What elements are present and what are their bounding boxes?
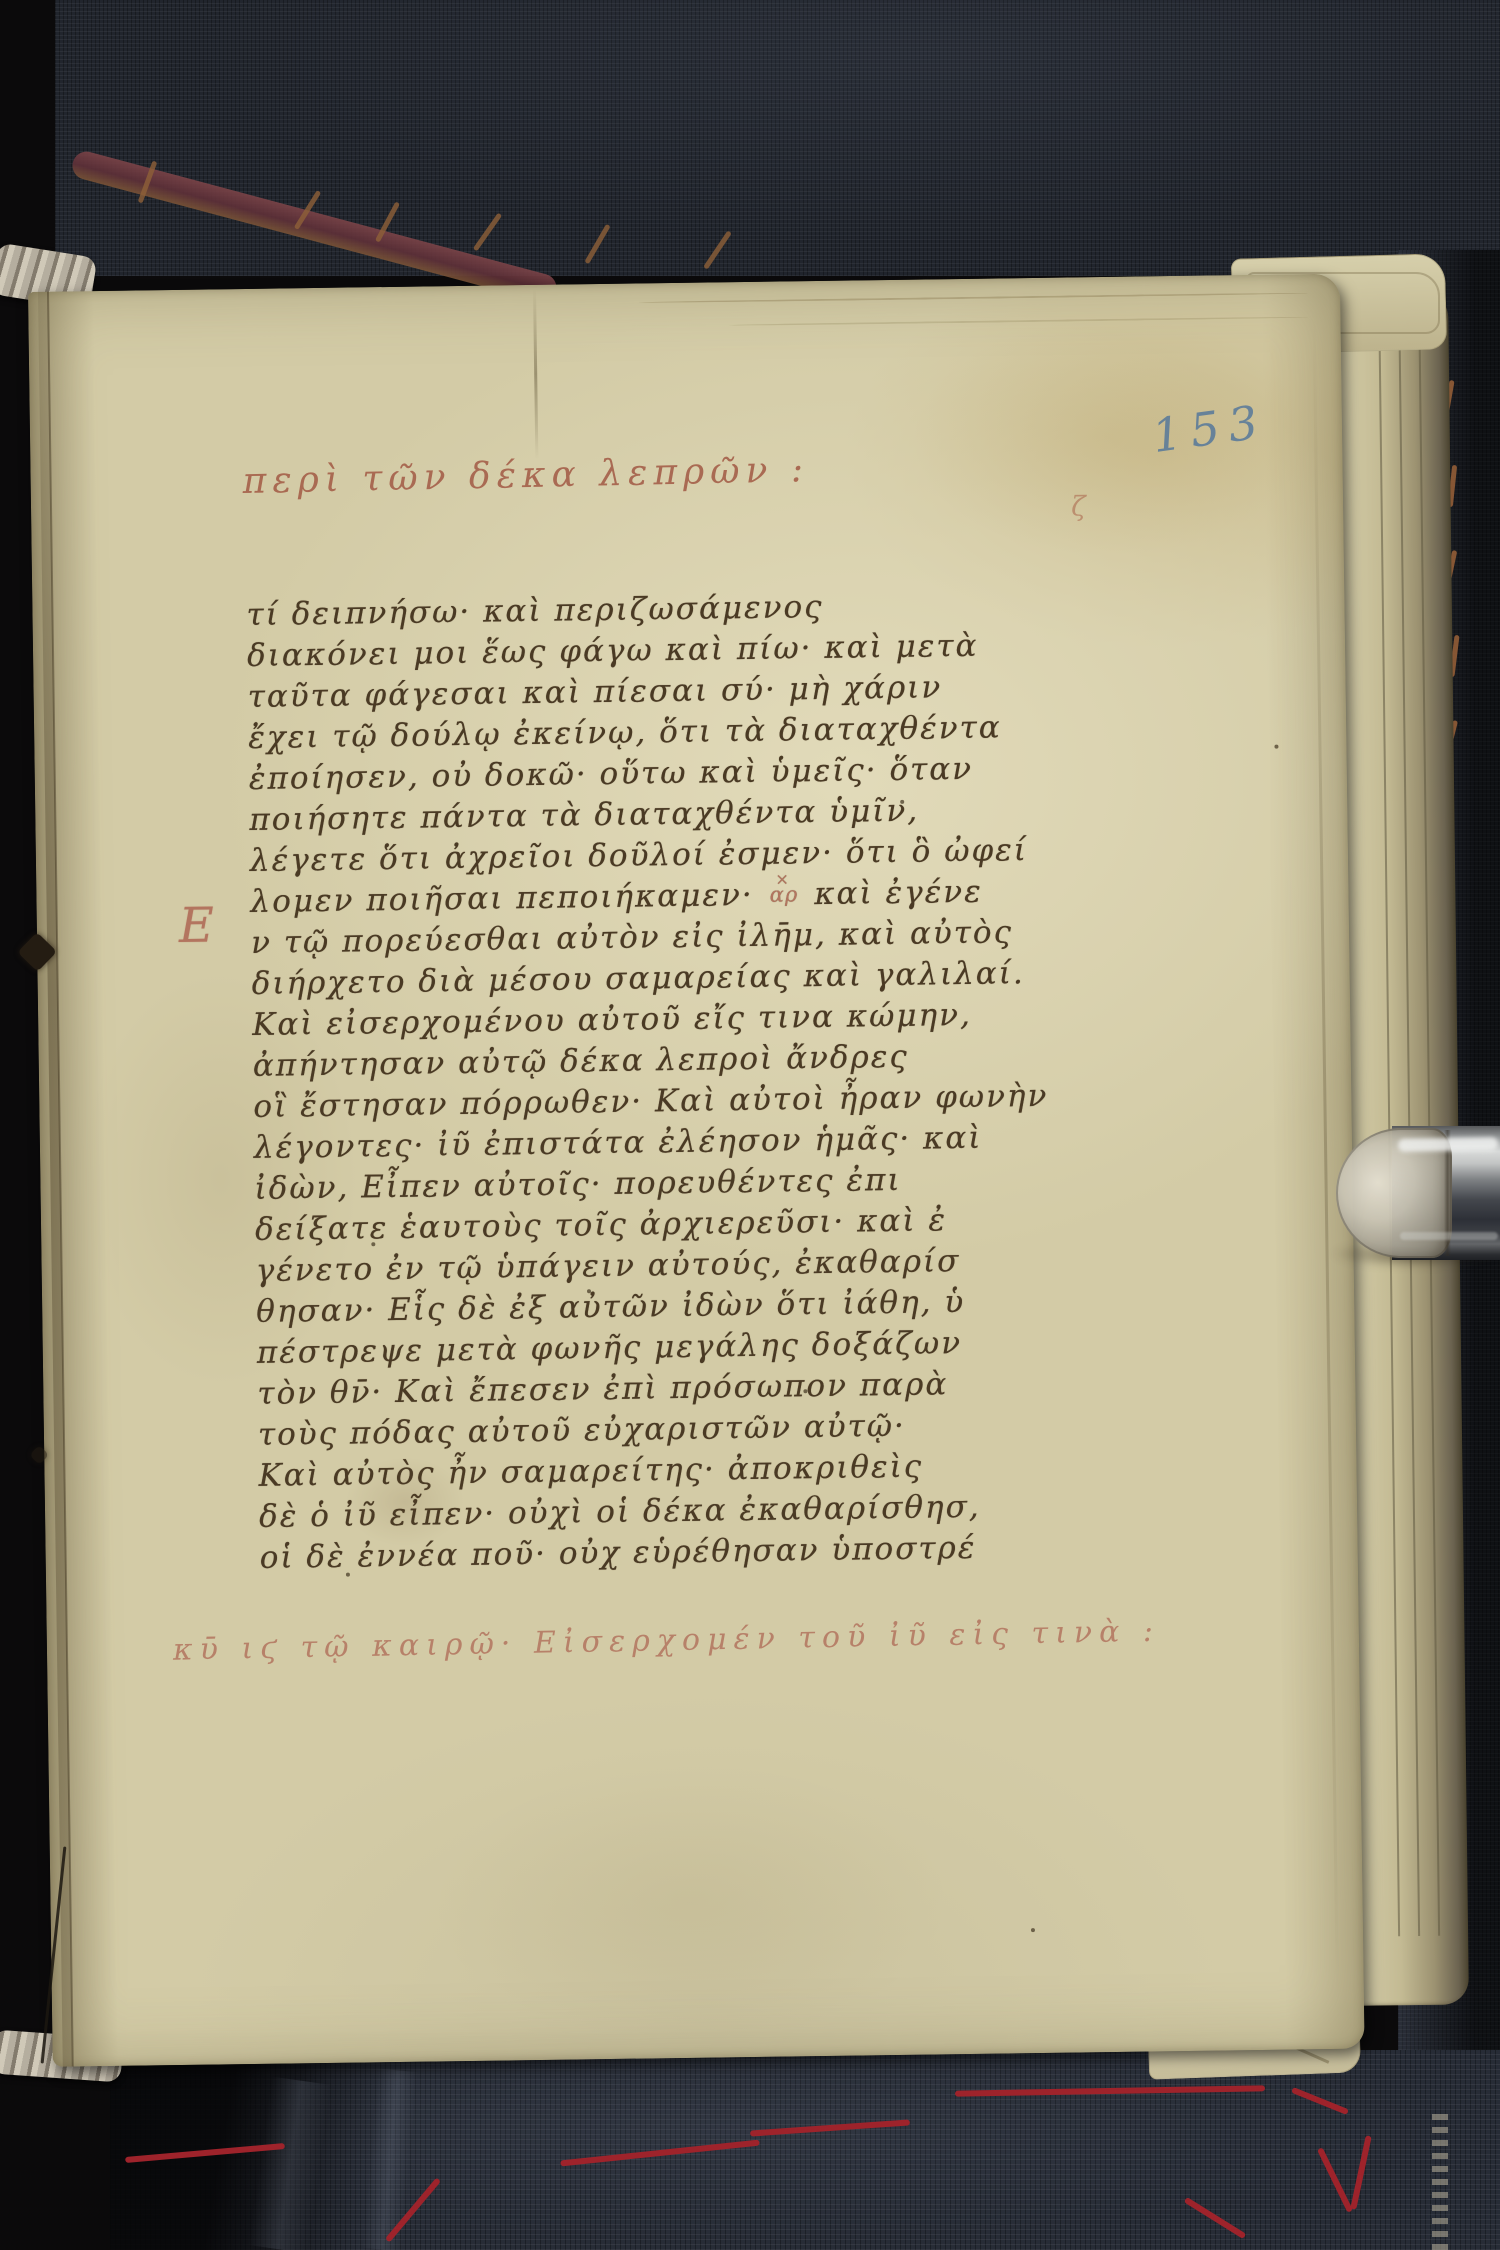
lection-note-rubric: κῡ ιϛ τῷ καιρῷ· Εἰσερχομέν τοῦ ἰῦ εἰς τι… [173,1614,1161,1668]
manuscript-photo: 153 ζ περὶ τῶν δέκα λεπρῶν : Ε τί δειπνή… [0,0,1500,2250]
red-stitch [1350,2135,1371,2210]
sewing-hole [29,1445,49,1465]
top-edge-line [729,316,1309,326]
cloth-fold [362,2069,418,2250]
red-stitch [1291,2087,1349,2115]
text-block: τί δειπνήσω· καὶ περιζωσάμενος διακόνει … [246,583,1090,1578]
chapter-rubric: περὶ τῶν δέκα λεπρῶν : [242,449,809,502]
braid-edging [69,148,559,304]
glass-weight-rod[interactable] [1336,1120,1500,1266]
text-segment: λομεν ποιῆσαι πεποιήκαμεν· [250,877,754,920]
red-stitch [955,2085,1265,2096]
text-segment: καὶ ἐγένε [814,874,983,912]
lection-marker-cross: × [775,858,790,899]
tan-stitch [584,224,610,265]
rod-highlight [1398,1137,1498,1152]
stain [429,1759,953,2046]
tan-stitch [703,230,732,269]
right-edge-crease [1312,314,1338,1994]
lection-start-marker: ×αρ [769,874,798,915]
red-stitch [750,2119,910,2136]
red-stitch [1184,2197,1247,2239]
crease-line [533,289,538,459]
top-edge-line [638,292,1308,303]
marginal-initial: Ε [178,897,214,953]
rod-glint [1400,1232,1498,1240]
top-binding-cloth [55,0,1500,276]
red-stitch [560,2140,760,2167]
manuscript-page: 153 ζ περὶ τῶν δέκα λεπρῶν : Ε τί δειπνή… [28,274,1365,2067]
tan-stitch [473,213,502,252]
speck [1274,745,1278,749]
corner-stitching [1432,2110,1448,2250]
quire-mark: ζ [1071,491,1086,522]
cloth-fold [248,2077,331,2250]
red-stitch [1317,2147,1353,2213]
bottom-binding-cloth [110,2050,1500,2250]
speck [1031,1928,1035,1932]
